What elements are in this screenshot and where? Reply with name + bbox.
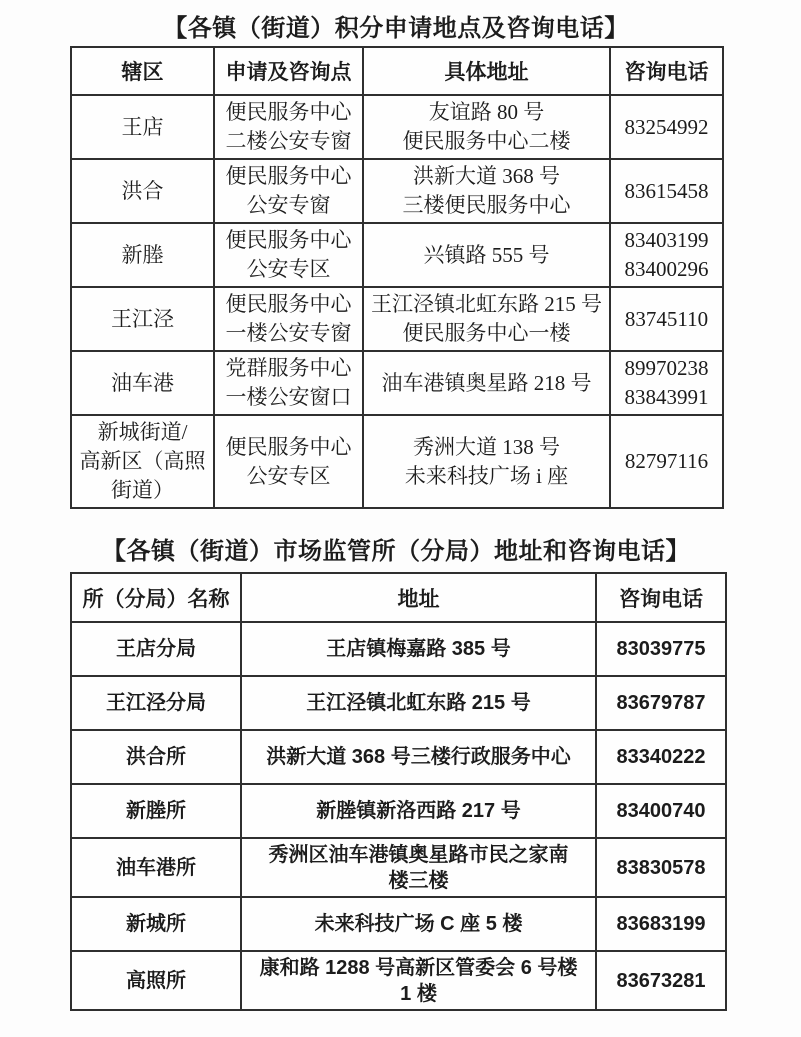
table-row: 油车港所 秀洲区油车港镇奥星路市民之家南 楼三楼 83830578 <box>71 838 726 897</box>
phone-cell: 83673281 <box>596 951 726 1010</box>
address-cell: 洪新大道 368 号三楼行政服务中心 <box>241 730 596 784</box>
office-name-cell: 王店分局 <box>71 622 241 676</box>
table-row: 王店分局 王店镇梅嘉路 385 号 83039775 <box>71 622 726 676</box>
points-table-title: 【各镇（街道）积分申请地点及咨询电话】 <box>70 12 722 46</box>
phone-cell: 83615458 <box>610 159 723 223</box>
office-name-cell: 油车港所 <box>71 838 241 897</box>
phone-cell: 83679787 <box>596 676 726 730</box>
district-cell: 新城街道/ 高新区（高照 街道） <box>71 415 214 508</box>
address-cell: 洪新大道 368 号 三楼便民服务中心 <box>363 159 610 223</box>
address-cell: 友谊路 80 号 便民服务中心二楼 <box>363 95 610 159</box>
address-cell: 康和路 1288 号高新区管委会 6 号楼 1 楼 <box>241 951 596 1010</box>
address-cell: 未来科技广场 C 座 5 楼 <box>241 897 596 951</box>
address-cell: 兴镇路 555 号 <box>363 223 610 287</box>
address-cell: 秀洲区油车港镇奥星路市民之家南 楼三楼 <box>241 838 596 897</box>
market-supervision-table-title: 【各镇（街道）市场监管所（分局）地址和咨询电话】 <box>70 535 722 569</box>
address-cell: 王江泾镇北虹东路 215 号 <box>241 676 596 730</box>
address-cell: 秀洲大道 138 号 未来科技广场 i 座 <box>363 415 610 508</box>
phone-cell: 83340222 <box>596 730 726 784</box>
table-row: 高照所 康和路 1288 号高新区管委会 6 号楼 1 楼 83673281 <box>71 951 726 1010</box>
column-header-application-point: 申请及咨询点 <box>214 47 363 95</box>
column-header-address: 地址 <box>241 573 596 622</box>
phone-cell: 83400740 <box>596 784 726 838</box>
phone-cell: 89970238 83843991 <box>610 351 723 415</box>
application-point-cell: 便民服务中心 公安专区 <box>214 223 363 287</box>
table-row: 新塍 便民服务中心 公安专区 兴镇路 555 号 83403199 834002… <box>71 223 723 287</box>
notice-page: 【各镇（街道）积分申请地点及咨询电话】 辖区 申请及咨询点 具体地址 咨询电话 … <box>0 0 801 1011</box>
phone-cell: 83403199 83400296 <box>610 223 723 287</box>
market-supervision-table: 所（分局）名称 地址 咨询电话 王店分局 王店镇梅嘉路 385 号 830397… <box>70 572 727 1011</box>
table-row: 王江泾分局 王江泾镇北虹东路 215 号 83679787 <box>71 676 726 730</box>
phone-cell: 83039775 <box>596 622 726 676</box>
address-cell: 油车港镇奥星路 218 号 <box>363 351 610 415</box>
address-cell: 新塍镇新洛西路 217 号 <box>241 784 596 838</box>
table-row: 新城所 未来科技广场 C 座 5 楼 83683199 <box>71 897 726 951</box>
table-row: 新城街道/ 高新区（高照 街道） 便民服务中心 公安专区 秀洲大道 138 号 … <box>71 415 723 508</box>
district-cell: 洪合 <box>71 159 214 223</box>
office-name-cell: 王江泾分局 <box>71 676 241 730</box>
phone-cell: 82797116 <box>610 415 723 508</box>
column-header-office-name: 所（分局）名称 <box>71 573 241 622</box>
column-header-phone: 咨询电话 <box>610 47 723 95</box>
address-cell: 王江泾镇北虹东路 215 号 便民服务中心一楼 <box>363 287 610 351</box>
phone-cell: 83683199 <box>596 897 726 951</box>
table-header-row: 辖区 申请及咨询点 具体地址 咨询电话 <box>71 47 723 95</box>
office-name-cell: 洪合所 <box>71 730 241 784</box>
phone-cell: 83830578 <box>596 838 726 897</box>
district-cell: 王店 <box>71 95 214 159</box>
table-row: 王店 便民服务中心 二楼公安专窗 友谊路 80 号 便民服务中心二楼 83254… <box>71 95 723 159</box>
application-point-cell: 便民服务中心 公安专窗 <box>214 159 363 223</box>
application-point-cell: 党群服务中心 一楼公安窗口 <box>214 351 363 415</box>
office-name-cell: 新塍所 <box>71 784 241 838</box>
application-point-cell: 便民服务中心 二楼公安专窗 <box>214 95 363 159</box>
table-row: 王江泾 便民服务中心 一楼公安专窗 王江泾镇北虹东路 215 号 便民服务中心一… <box>71 287 723 351</box>
table-row: 新塍所 新塍镇新洛西路 217 号 83400740 <box>71 784 726 838</box>
table-row: 洪合所 洪新大道 368 号三楼行政服务中心 83340222 <box>71 730 726 784</box>
application-point-cell: 便民服务中心 公安专区 <box>214 415 363 508</box>
table-row: 油车港 党群服务中心 一楼公安窗口 油车港镇奥星路 218 号 89970238… <box>71 351 723 415</box>
phone-cell: 83745110 <box>610 287 723 351</box>
district-cell: 王江泾 <box>71 287 214 351</box>
points-application-table: 辖区 申请及咨询点 具体地址 咨询电话 王店 便民服务中心 二楼公安专窗 友谊路… <box>70 46 724 509</box>
table-row: 洪合 便民服务中心 公安专窗 洪新大道 368 号 三楼便民服务中心 83615… <box>71 159 723 223</box>
district-cell: 油车港 <box>71 351 214 415</box>
application-point-cell: 便民服务中心 一楼公安专窗 <box>214 287 363 351</box>
column-header-district: 辖区 <box>71 47 214 95</box>
district-cell: 新塍 <box>71 223 214 287</box>
column-header-address: 具体地址 <box>363 47 610 95</box>
phone-cell: 83254992 <box>610 95 723 159</box>
column-header-phone: 咨询电话 <box>596 573 726 622</box>
office-name-cell: 高照所 <box>71 951 241 1010</box>
table-header-row: 所（分局）名称 地址 咨询电话 <box>71 573 726 622</box>
office-name-cell: 新城所 <box>71 897 241 951</box>
address-cell: 王店镇梅嘉路 385 号 <box>241 622 596 676</box>
